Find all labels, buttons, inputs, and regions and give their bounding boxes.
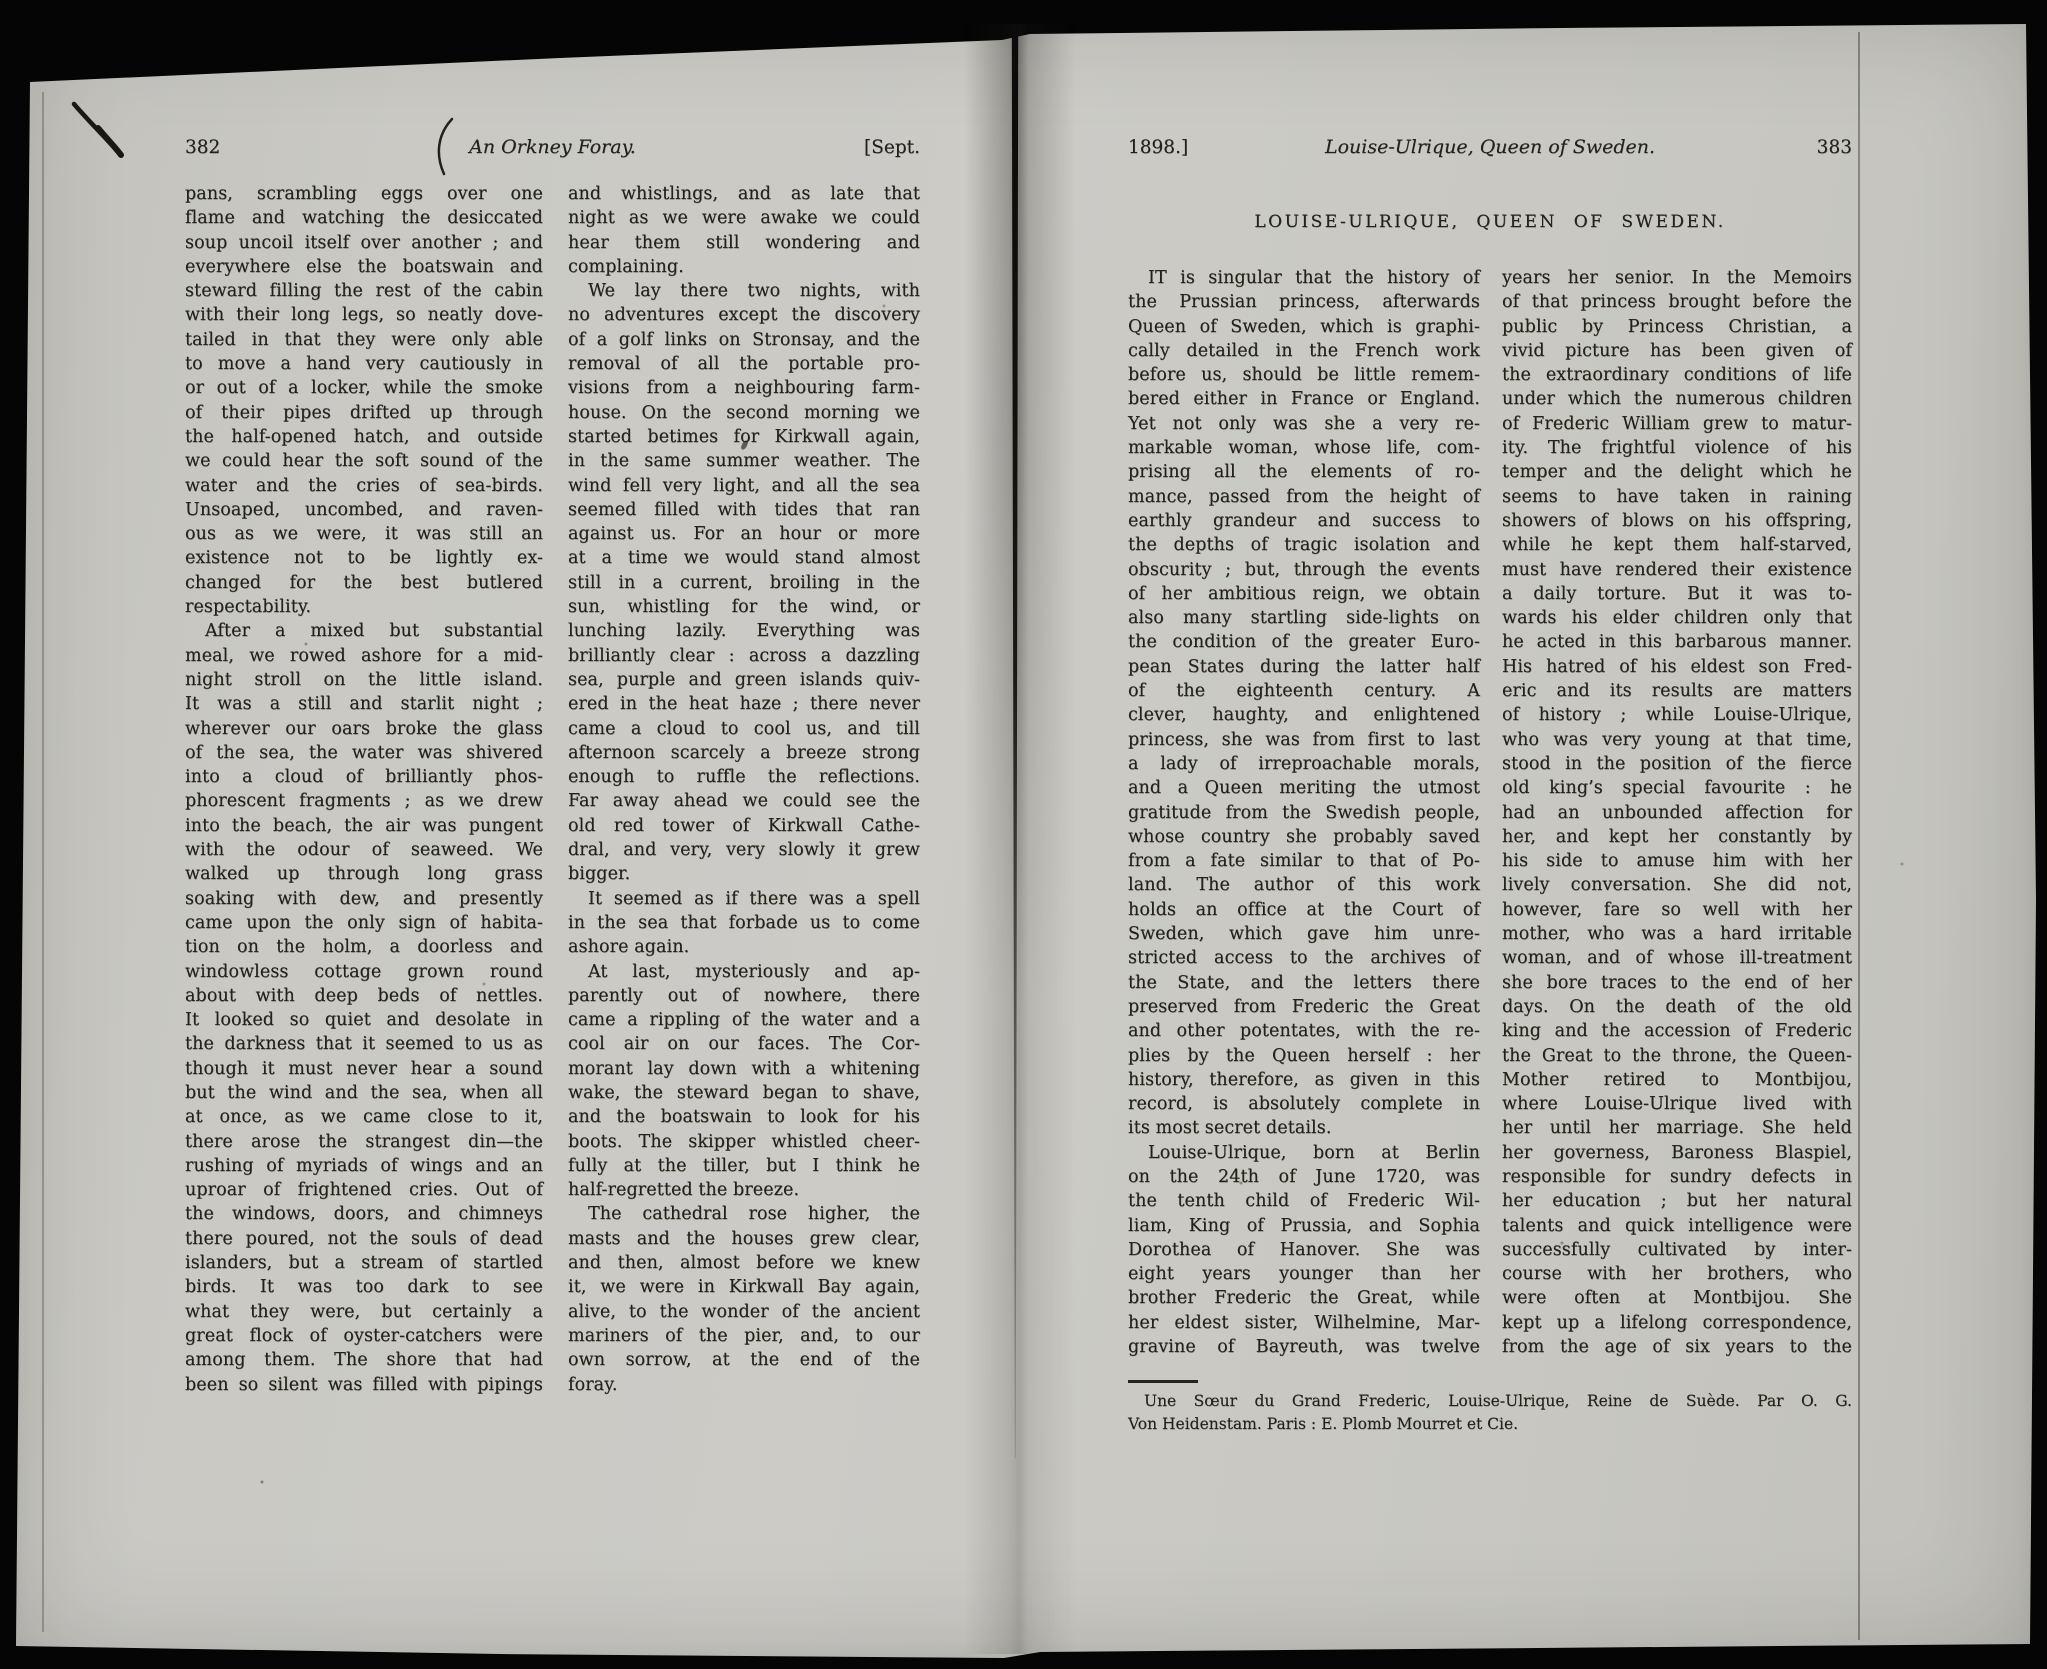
text-line: Far away ahead we could see the [568,789,920,813]
text-line: he acted in this barbarous manner. [1502,630,1852,654]
text-line: mance, passed from the height of [1128,485,1480,509]
text-line: at a time we would stand almost [568,546,920,570]
text-line: Louise-Ulrique, born at Berlin [1128,1141,1480,1165]
text-line: walked up through long grass [185,862,543,886]
text-line: on the 24th of June 1720, was [1128,1165,1480,1189]
text-line: and whistlings, and as late that [568,182,920,206]
text-line: history, therefore, as given in this [1128,1068,1480,1092]
text-line: eric and its results are matters [1502,679,1852,703]
text-line: princess, she was from first to last [1128,728,1480,752]
text-line: steward filling the rest of the cabin [185,279,543,303]
text-line: wards his elder children only that [1502,606,1852,630]
text-line: ous as we were, it was still an [185,522,543,546]
text-line: of the sea, the water was shivered [185,741,543,765]
text-line: foray. [568,1373,920,1397]
text-line: markable woman, whose life, com- [1128,436,1480,460]
text-line: a lady of irreproachable morals, [1128,752,1480,776]
text-line: masts and the houses grew clear, [568,1227,920,1251]
text-line: soaking with dew, and presently [185,887,543,911]
text-line: visions from a neighbouring farm- [568,376,920,400]
text-line: of history ; while Louise-Ulrique, [1502,703,1852,727]
text-line: obscurity ; but, through the events [1128,558,1480,582]
text-line: a daily torture. But it was to- [1502,582,1852,606]
text-line: and then, almost before we knew [568,1251,920,1275]
text-line: bigger. [568,862,920,886]
text-line: her eldest sister, Wilhelmine, Mar- [1128,1311,1480,1335]
text-line: ashore again. [568,935,920,959]
text-line: Unsoaped, uncombed, and raven- [185,498,543,522]
text-line: dral, and very, very slowly it grew [568,838,920,862]
text-line: removal of all the portable pro- [568,352,920,376]
text-line: prising all the elements of ro- [1128,460,1480,484]
text-line: pans, scrambling eggs over one [185,182,543,206]
text-line: at once, as we came close to it, [185,1105,543,1129]
text-line: in the sea that forbade us to come [568,911,920,935]
text-line: who was very young at that time, [1502,728,1852,752]
text-line: uproar of frightened cries. Out of [185,1178,543,1202]
text-line: Yet not only was she a very re- [1128,412,1480,436]
text-line: the State, and the letters there [1128,971,1480,995]
left-page: 382 An Orkney Foray. [Sept. pans, scramb… [185,136,920,1446]
text-line: preserved from Frederic the Great [1128,995,1480,1019]
text-line: in the same summer weather. The [568,449,920,473]
right-page-header: 1898.] Louise-Ulrique, Queen of Sweden. … [1128,136,1852,158]
left-page-number: 382 [185,137,360,158]
text-line: wake, the steward began to shave, [568,1081,920,1105]
text-line: soup uncoil itself over another ; and [185,231,543,255]
text-line: stricted access to the archives of [1128,946,1480,970]
text-line: rushing of myriads of wings and an [185,1154,543,1178]
text-line: bered either in France or England. [1128,387,1480,411]
text-line: tion on the holm, a doorless and [185,935,543,959]
text-line: into the beach, the air was pungent [185,814,543,838]
text-line: where Louise-Ulrique lived with [1502,1092,1852,1116]
text-line: parently out of nowhere, there [568,984,920,1008]
text-line: however, fare so well with her [1502,898,1852,922]
text-line: of a golf links on Stronsay, and the [568,328,920,352]
text-line: his side to amuse him with her [1502,849,1852,873]
text-line: from a fate similar to that of Po- [1128,849,1480,873]
text-line: land. The author of this work [1128,873,1480,897]
text-line: record, is absolutely complete in [1128,1092,1480,1116]
text-line: also many startling side-lights on [1128,606,1480,630]
text-line: own sorrow, at the end of the [568,1348,920,1372]
text-line: been so silent was filled with pipings [185,1373,543,1397]
right-page-column-1: IT is singular that the history ofthe Pr… [1128,266,1480,1359]
right-page-number: 383 [1680,137,1852,158]
left-page-column-1: pans, scrambling eggs over oneflame and … [185,182,543,1397]
ink-stroke-mark [68,98,138,168]
text-line: night as we were awake we could [568,206,920,230]
text-line: holds an office at the Court of [1128,898,1480,922]
text-line: with their long legs, so neatly dove- [185,303,543,327]
left-page-header: 382 An Orkney Foray. [Sept. [185,136,920,158]
text-line: it, we were in Kirkwall Bay again, [568,1275,920,1299]
right-page: 1898.] Louise-Ulrique, Queen of Sweden. … [1128,136,1852,1466]
text-line: Dorothea of Hanover. She was [1128,1238,1480,1262]
text-line: gravine of Bayreuth, was twelve [1128,1335,1480,1359]
text-line: but the wind and the sea, when all [185,1081,543,1105]
text-line: enough to ruffle the reflections. [568,765,920,789]
text-line: It looked so quiet and desolate in [185,1008,543,1032]
text-line: started betimes for Kirkwall again, [568,425,920,449]
text-line: to move a hand very cautiously in [185,352,543,376]
text-line: vivid picture has been given of [1502,339,1852,363]
text-line: no adventures except the discovery [568,303,920,327]
text-line: woman, and of whose ill-treatment [1502,946,1852,970]
text-line: the tenth child of Frederic Wil- [1128,1189,1480,1213]
text-line: mariners of the pier, and, to our [568,1324,920,1348]
text-line: the half-opened hatch, and outside [185,425,543,449]
text-line: king and the accession of Frederic [1502,1019,1852,1043]
text-line: of that princess brought before the [1502,290,1852,314]
text-line: cally detailed in the French work [1128,339,1480,363]
text-line: talents and quick intelligence were [1502,1214,1852,1238]
text-line: of her ambitious reign, we obtain [1128,582,1480,606]
text-line: under which the numerous children [1502,387,1852,411]
article-title: LOUISE-ULRIQUE, QUEEN OF SWEDEN. [1128,212,1852,232]
footnote-rule [1128,1380,1198,1383]
text-line: successfully cultivated by inter- [1502,1238,1852,1262]
text-line: windowless cottage grown round [185,960,543,984]
text-line: the Prussian princess, afterwards [1128,290,1480,314]
text-line: sun, whistling for the wind, or [568,595,920,619]
text-line: night stroll on the little island. [185,668,543,692]
text-line: were often at Montbijou. She [1502,1286,1852,1310]
text-line: Sweden, which gave him unre- [1128,922,1480,946]
text-line: while he kept them half-starved, [1502,533,1852,557]
text-line: of their pipes drifted up through [185,401,543,425]
text-line: or out of a locker, while the smoke [185,376,543,400]
text-line: wind fell very light, and all the sea [568,474,920,498]
text-line: what they were, but certainly a [185,1300,543,1324]
text-line: ity. The frightful violence of his [1502,436,1852,460]
left-running-title: An Orkney Foray. [360,136,745,158]
text-line: pean States during the latter half [1128,655,1480,679]
text-line: stood in the position of the fierce [1502,752,1852,776]
text-line: existence not to be lightly ex- [185,546,543,570]
text-line: must have rendered their existence [1502,558,1852,582]
text-line: and a Queen meriting the utmost [1128,776,1480,800]
left-issue-marker: [Sept. [745,137,920,158]
text-line: there poured, not the souls of dead [185,1227,543,1251]
text-line: Von Heidenstam. Paris : E. Plomb Mourret… [1128,1413,1852,1436]
text-line: came a cloud to cool us, and till [568,717,920,741]
text-line: temper and the delight which he [1502,460,1852,484]
text-line: liam, King of Prussia, and Sophia [1128,1214,1480,1238]
text-line: fully at the tiller, but I think he [568,1154,920,1178]
text-line: brilliantly clear : across a dazzling [568,644,920,668]
text-line: complaining. [568,255,920,279]
text-line: The cathedral rose higher, the [568,1202,920,1226]
text-line: against us. For an hour or more [568,522,920,546]
text-line: flame and watching the desiccated [185,206,543,230]
text-line: among them. The shore that had [185,1348,543,1372]
text-line: house. On the second morning we [568,401,920,425]
text-line: the windows, doors, and chimneys [185,1202,543,1226]
text-line: water and the cries of sea-birds. [185,474,543,498]
text-line: the Great to the throne, the Queen- [1502,1044,1852,1068]
text-line: her, and kept her constantly by [1502,825,1852,849]
left-page-column-2: and whistlings, and as late thatnight as… [568,182,920,1397]
text-line: His hatred of his eldest son Fred- [1502,655,1852,679]
text-line: earthly grandeur and success to [1128,509,1480,533]
text-line: showers of blows on his offspring, [1502,509,1852,533]
text-line: hear them still wondering and [568,231,920,255]
text-line: her education ; but her natural [1502,1189,1852,1213]
text-line: Une Sœur du Grand Frederic, Louise-Ulriq… [1128,1390,1852,1413]
text-line: IT is singular that the history of [1128,266,1480,290]
text-line: there arose the strangest din—the [185,1130,543,1154]
text-line: tailed in that they were only able [185,328,543,352]
text-line: wherever our oars broke the glass [185,717,543,741]
text-line: with the odour of seaweed. We [185,838,543,862]
text-line: At last, mysteriously and ap- [568,960,920,984]
text-line: responsible for sundry defects in [1502,1165,1852,1189]
text-line: kept up a lifelong correspondence, [1502,1311,1852,1335]
text-line: seems to have taken in raining [1502,485,1852,509]
text-line: birds. It was too dark to see [185,1275,543,1299]
text-line: respectability. [185,595,543,619]
text-line: boots. The skipper whistled cheer- [568,1130,920,1154]
text-line: plies by the Queen herself : her [1128,1044,1480,1068]
text-line: It was a still and starlit night ; [185,692,543,716]
text-line: It seemed as if there was a spell [568,887,920,911]
text-line: sea, purple and green islands quiv- [568,668,920,692]
text-line: clever, haughty, and enlightened [1128,703,1480,727]
text-line: came a rippling of the water and a [568,1008,920,1032]
text-line: years her senior. In the Memoirs [1502,266,1852,290]
text-line: course with her brothers, who [1502,1262,1852,1286]
text-line: seemed filled with tides that ran [568,498,920,522]
text-line: half-regretted the breeze. [568,1178,920,1202]
left-page-edge-line [42,92,44,1632]
text-line: and the boatswain to look for his [568,1105,920,1129]
text-line: had an unbounded affection for [1502,801,1852,825]
text-line: ered in the heat haze ; there never [568,692,920,716]
text-line: eight years younger than her [1128,1262,1480,1286]
text-line: islanders, but a stream of startled [185,1251,543,1275]
text-line: the depths of tragic isolation and [1128,533,1480,557]
text-line: her governess, Baroness Blaspiel, [1502,1141,1852,1165]
text-line: of the eighteenth century. A [1128,679,1480,703]
text-line: lively conversation. She did not, [1502,873,1852,897]
scanned-book-spread: 382 An Orkney Foray. [Sept. pans, scramb… [0,0,2047,1669]
text-line: afternoon scarcely a breeze strong [568,741,920,765]
text-line: gratitude from the Swedish people, [1128,801,1480,825]
text-line: we could hear the soft sound of the [185,449,543,473]
text-line: of Frederic William grew to matur- [1502,412,1852,436]
text-line: about with deep beds of nettles. [185,984,543,1008]
text-line: cool air on our faces. The Cor- [568,1032,920,1056]
text-line: came upon the only sign of habita- [185,911,543,935]
right-page-column-2: years her senior. In the Memoirsof that … [1502,266,1852,1359]
text-line: morant lay down with a whitening [568,1057,920,1081]
right-running-title: Louise-Ulrique, Queen of Sweden. [1300,136,1679,158]
text-line: brother Frederic the Great, while [1128,1286,1480,1310]
text-line: the extraordinary conditions of life [1502,363,1852,387]
text-line: from the age of six years to the [1502,1335,1852,1359]
text-line: whose country she probably saved [1128,825,1480,849]
text-line: Mother retired to Montbijou, [1502,1068,1852,1092]
text-line: days. On the death of the old [1502,995,1852,1019]
text-line: she bore traces to the end of her [1502,971,1852,995]
text-line: the condition of the greater Euro- [1128,630,1480,654]
text-line: alive, to the wonder of the ancient [568,1300,920,1324]
right-page-crease-line [1858,32,1860,1640]
text-line: her until her marriage. She held [1502,1116,1852,1140]
footnote: Une Sœur du Grand Frederic, Louise-Ulriq… [1128,1390,1852,1435]
text-line: great flock of oyster-catchers were [185,1324,543,1348]
text-line: everywhere else the boatswain and [185,255,543,279]
text-line: After a mixed but substantial [185,619,543,643]
text-line: meal, we rowed ashore for a mid- [185,644,543,668]
text-line: old king’s special favourite : he [1502,776,1852,800]
text-line: changed for the best butlered [185,571,543,595]
text-line: phorescent fragments ; as we drew [185,789,543,813]
text-line: the darkness that it seemed to us as [185,1032,543,1056]
text-line: Queen of Sweden, which is graphi- [1128,315,1480,339]
text-line: before us, should be little remem- [1128,363,1480,387]
text-line: lunching lazily. Everything was [568,619,920,643]
text-line: We lay there two nights, with [568,279,920,303]
right-issue-marker: 1898.] [1128,137,1300,158]
text-line: and other potentates, with the re- [1128,1019,1480,1043]
text-line: public by Princess Christian, a [1502,315,1852,339]
text-line: its most secret details. [1128,1116,1480,1140]
text-line: still in a current, broiling in the [568,571,920,595]
text-line: into a cloud of brilliantly phos- [185,765,543,789]
text-line: though it must never hear a sound [185,1057,543,1081]
text-line: old red tower of Kirkwall Cathe- [568,814,920,838]
text-line: mother, who was a hard irritable [1502,922,1852,946]
